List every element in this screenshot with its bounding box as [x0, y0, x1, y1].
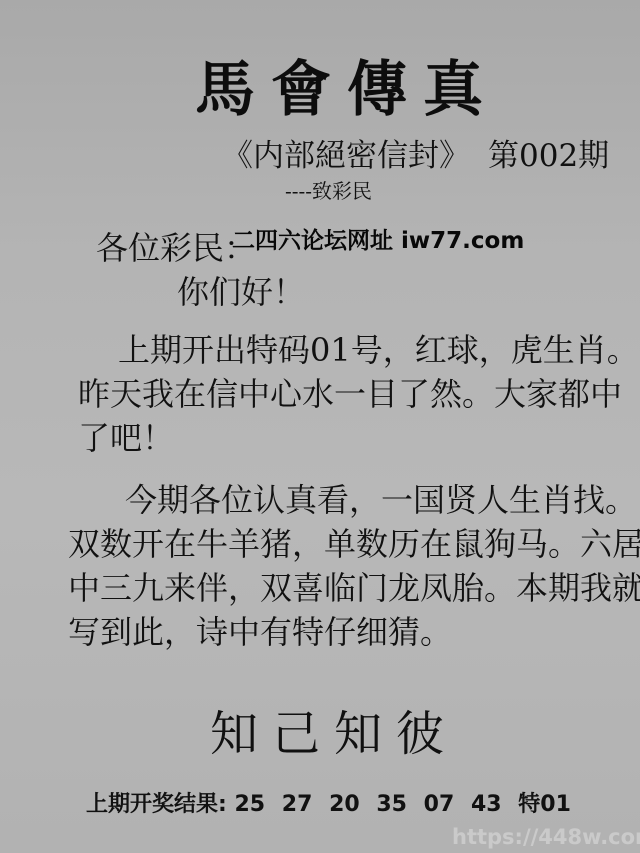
letter-line: 今期各位认真看，一国贤人生肖找。	[125, 478, 637, 522]
letter-line: 了吧！	[78, 416, 174, 460]
result-number: 20	[329, 792, 360, 817]
special-number: 特01	[518, 792, 571, 817]
letter-line: 上期开出特码01号，红球，虎生肖。	[118, 328, 639, 372]
subtitle-label: 《内部絕密信封》	[222, 138, 470, 174]
result-number: 43	[471, 792, 502, 817]
greeting: 你们好！	[177, 267, 305, 313]
result-number: 25	[234, 792, 265, 817]
motto: 知己知彼	[210, 695, 458, 764]
addressee: ----致彩民	[285, 175, 372, 204]
result-number: 07	[424, 792, 455, 817]
issue-number: 第002期	[488, 138, 609, 174]
last-result-label: 上期开奖结果:	[86, 792, 227, 817]
page-title: 馬會傳真	[195, 42, 499, 128]
result-numbers: 25 27 20 35 07 43	[234, 792, 518, 817]
letter-line: 双数开在牛羊猪，单数历在鼠狗马。六居	[68, 522, 640, 566]
subtitle: 《内部絕密信封》第002期	[222, 130, 609, 175]
letter-line: 写到此，诗中有特仔细猜。	[68, 610, 452, 654]
result-number: 27	[282, 792, 313, 817]
last-result: 上期开奖结果: 25 27 20 35 07 43 特01	[86, 787, 571, 818]
watermark-bottom: https://448w.com	[452, 825, 640, 849]
letter-line: 昨天我在信中心水一目了然。大家都中	[78, 372, 622, 416]
letter-line: 中三九来伴，双喜临门龙凤胎。本期我就	[68, 566, 640, 610]
result-number: 35	[376, 792, 407, 817]
watermark-top: 二四六论坛网址 iw77.com	[232, 222, 524, 255]
